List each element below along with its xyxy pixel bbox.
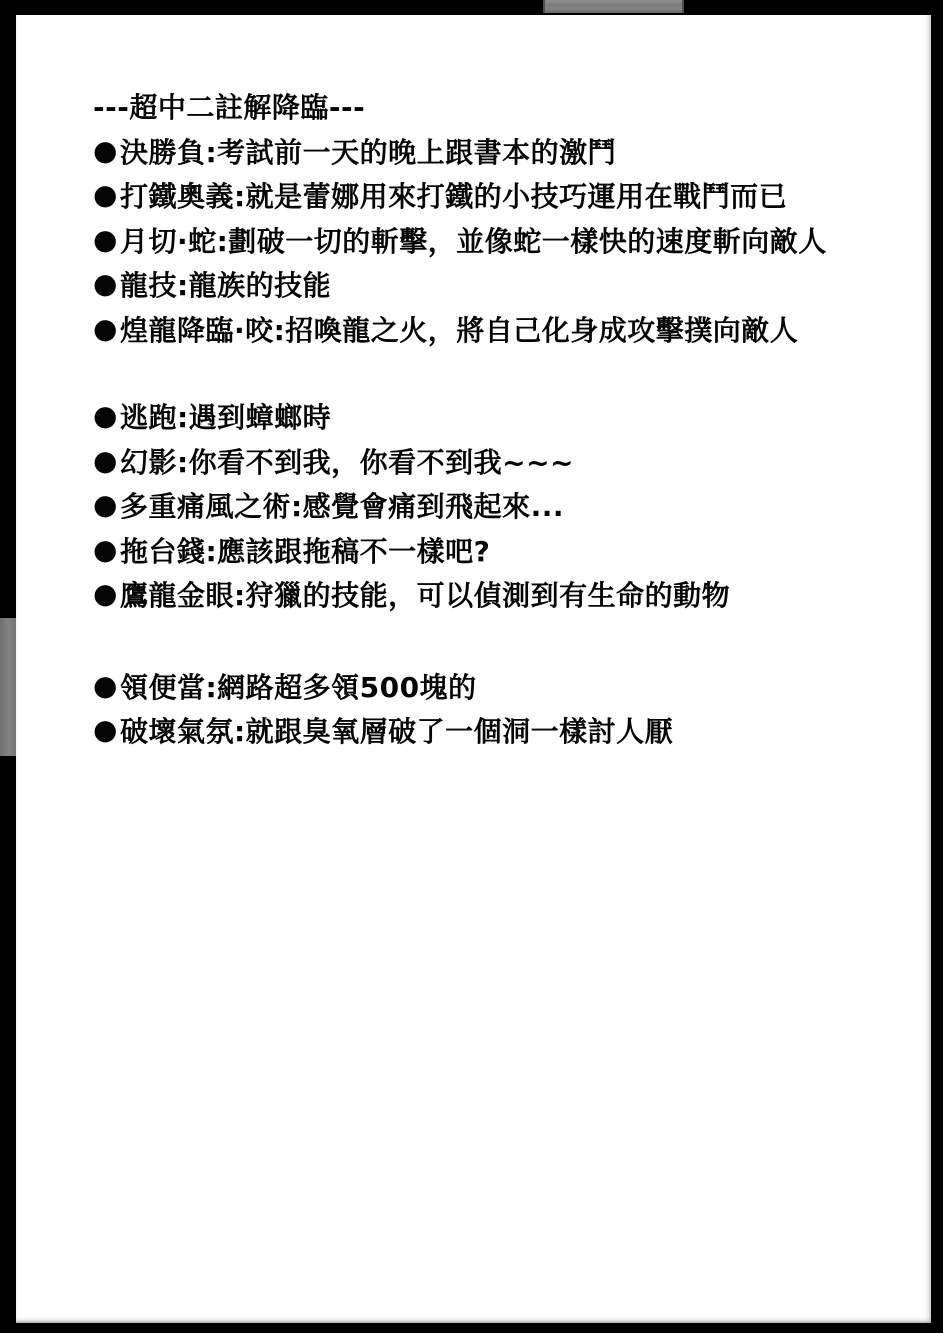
bullet-icon: ● (93, 137, 118, 165)
list-item: ● 煌龍降臨·咬:招喚龍之火，將自己化身成攻擊撲向敵人 (93, 307, 893, 352)
bullet-icon: ● (93, 402, 118, 430)
bullet-icon: ● (93, 716, 118, 744)
list-item: ● 破壞氣氛:就跟臭氧層破了一個洞一樣討人厭 (93, 708, 893, 753)
list-item: ● 逃跑:遇到蟑螂時 (93, 394, 893, 439)
list-item: ● 幻影:你看不到我，你看不到我~~~ (93, 439, 893, 484)
bullet-icon: ● (93, 315, 118, 343)
list-item-text: 煌龍降臨·咬:招喚龍之火，將自己化身成攻擊撲向敵人 (120, 309, 798, 349)
list-item: ● 領便當:網路超多領500塊的 (93, 664, 893, 709)
bullet-icon: ● (93, 270, 118, 298)
list-item-text: 月切·蛇:劃破一切的斬擊，並像蛇一樣快的速度斬向敵人 (120, 220, 827, 260)
list-item-text: 多重痛風之術:感覺會痛到飛起來... (120, 485, 564, 525)
scanned-document: ---超中二註解降臨--- ● 決勝負:考試前一天的晚上跟書本的激鬥 ● 打鐵奧… (0, 0, 943, 1333)
scan-artifact-left-strip (0, 618, 16, 756)
bullet-icon: ● (93, 491, 118, 519)
list-item-text: 打鐵奧義:就是蕾娜用來打鐵的小技巧運用在戰鬥而已 (120, 175, 787, 215)
scan-artifact-top-strip (543, 0, 684, 13)
list-item-text: 逃跑:遇到蟑螂時 (120, 396, 331, 436)
list-item: ● 拖台錢:應該跟拖稿不一樣吧? (93, 528, 893, 573)
list-item-text: 領便當:網路超多領500塊的 (120, 666, 477, 706)
list-item-text: 拖台錢:應該跟拖稿不一樣吧? (120, 530, 490, 570)
scanned-page: ---超中二註解降臨--- ● 決勝負:考試前一天的晚上跟書本的激鬥 ● 打鐵奧… (16, 15, 931, 1323)
list-item: ● 龍技:龍族的技能 (93, 262, 893, 307)
list-item: ● 月切·蛇:劃破一切的斬擊，並像蛇一樣快的速度斬向敵人 (93, 218, 893, 263)
list-item: ● 打鐵奧義:就是蕾娜用來打鐵的小技巧運用在戰鬥而已 (93, 173, 893, 218)
bullet-icon: ● (93, 226, 118, 254)
bullet-icon: ● (93, 447, 118, 475)
list-item-text: 破壞氣氛:就跟臭氧層破了一個洞一樣討人厭 (120, 710, 673, 750)
list-item-text: 決勝負:考試前一天的晚上跟書本的激鬥 (120, 131, 616, 171)
bullet-icon: ● (93, 536, 118, 564)
list-item: ● 決勝負:考試前一天的晚上跟書本的激鬥 (93, 129, 893, 174)
bullet-icon: ● (93, 580, 118, 608)
list-item-text: 鷹龍金眼:狩獵的技能，可以偵測到有生命的動物 (120, 574, 730, 614)
annotation-list: ---超中二註解降臨--- ● 決勝負:考試前一天的晚上跟書本的激鬥 ● 打鐵奧… (93, 84, 893, 753)
bullet-icon: ● (93, 181, 118, 209)
list-item: ● 鷹龍金眼:狩獵的技能，可以偵測到有生命的動物 (93, 572, 893, 617)
list-item-text: 龍技:龍族的技能 (120, 264, 331, 304)
page-title: ---超中二註解降臨--- (93, 84, 893, 129)
list-item: ● 多重痛風之術:感覺會痛到飛起來... (93, 483, 893, 528)
list-item-text: 幻影:你看不到我，你看不到我~~~ (120, 441, 574, 481)
bullet-icon: ● (93, 672, 118, 700)
